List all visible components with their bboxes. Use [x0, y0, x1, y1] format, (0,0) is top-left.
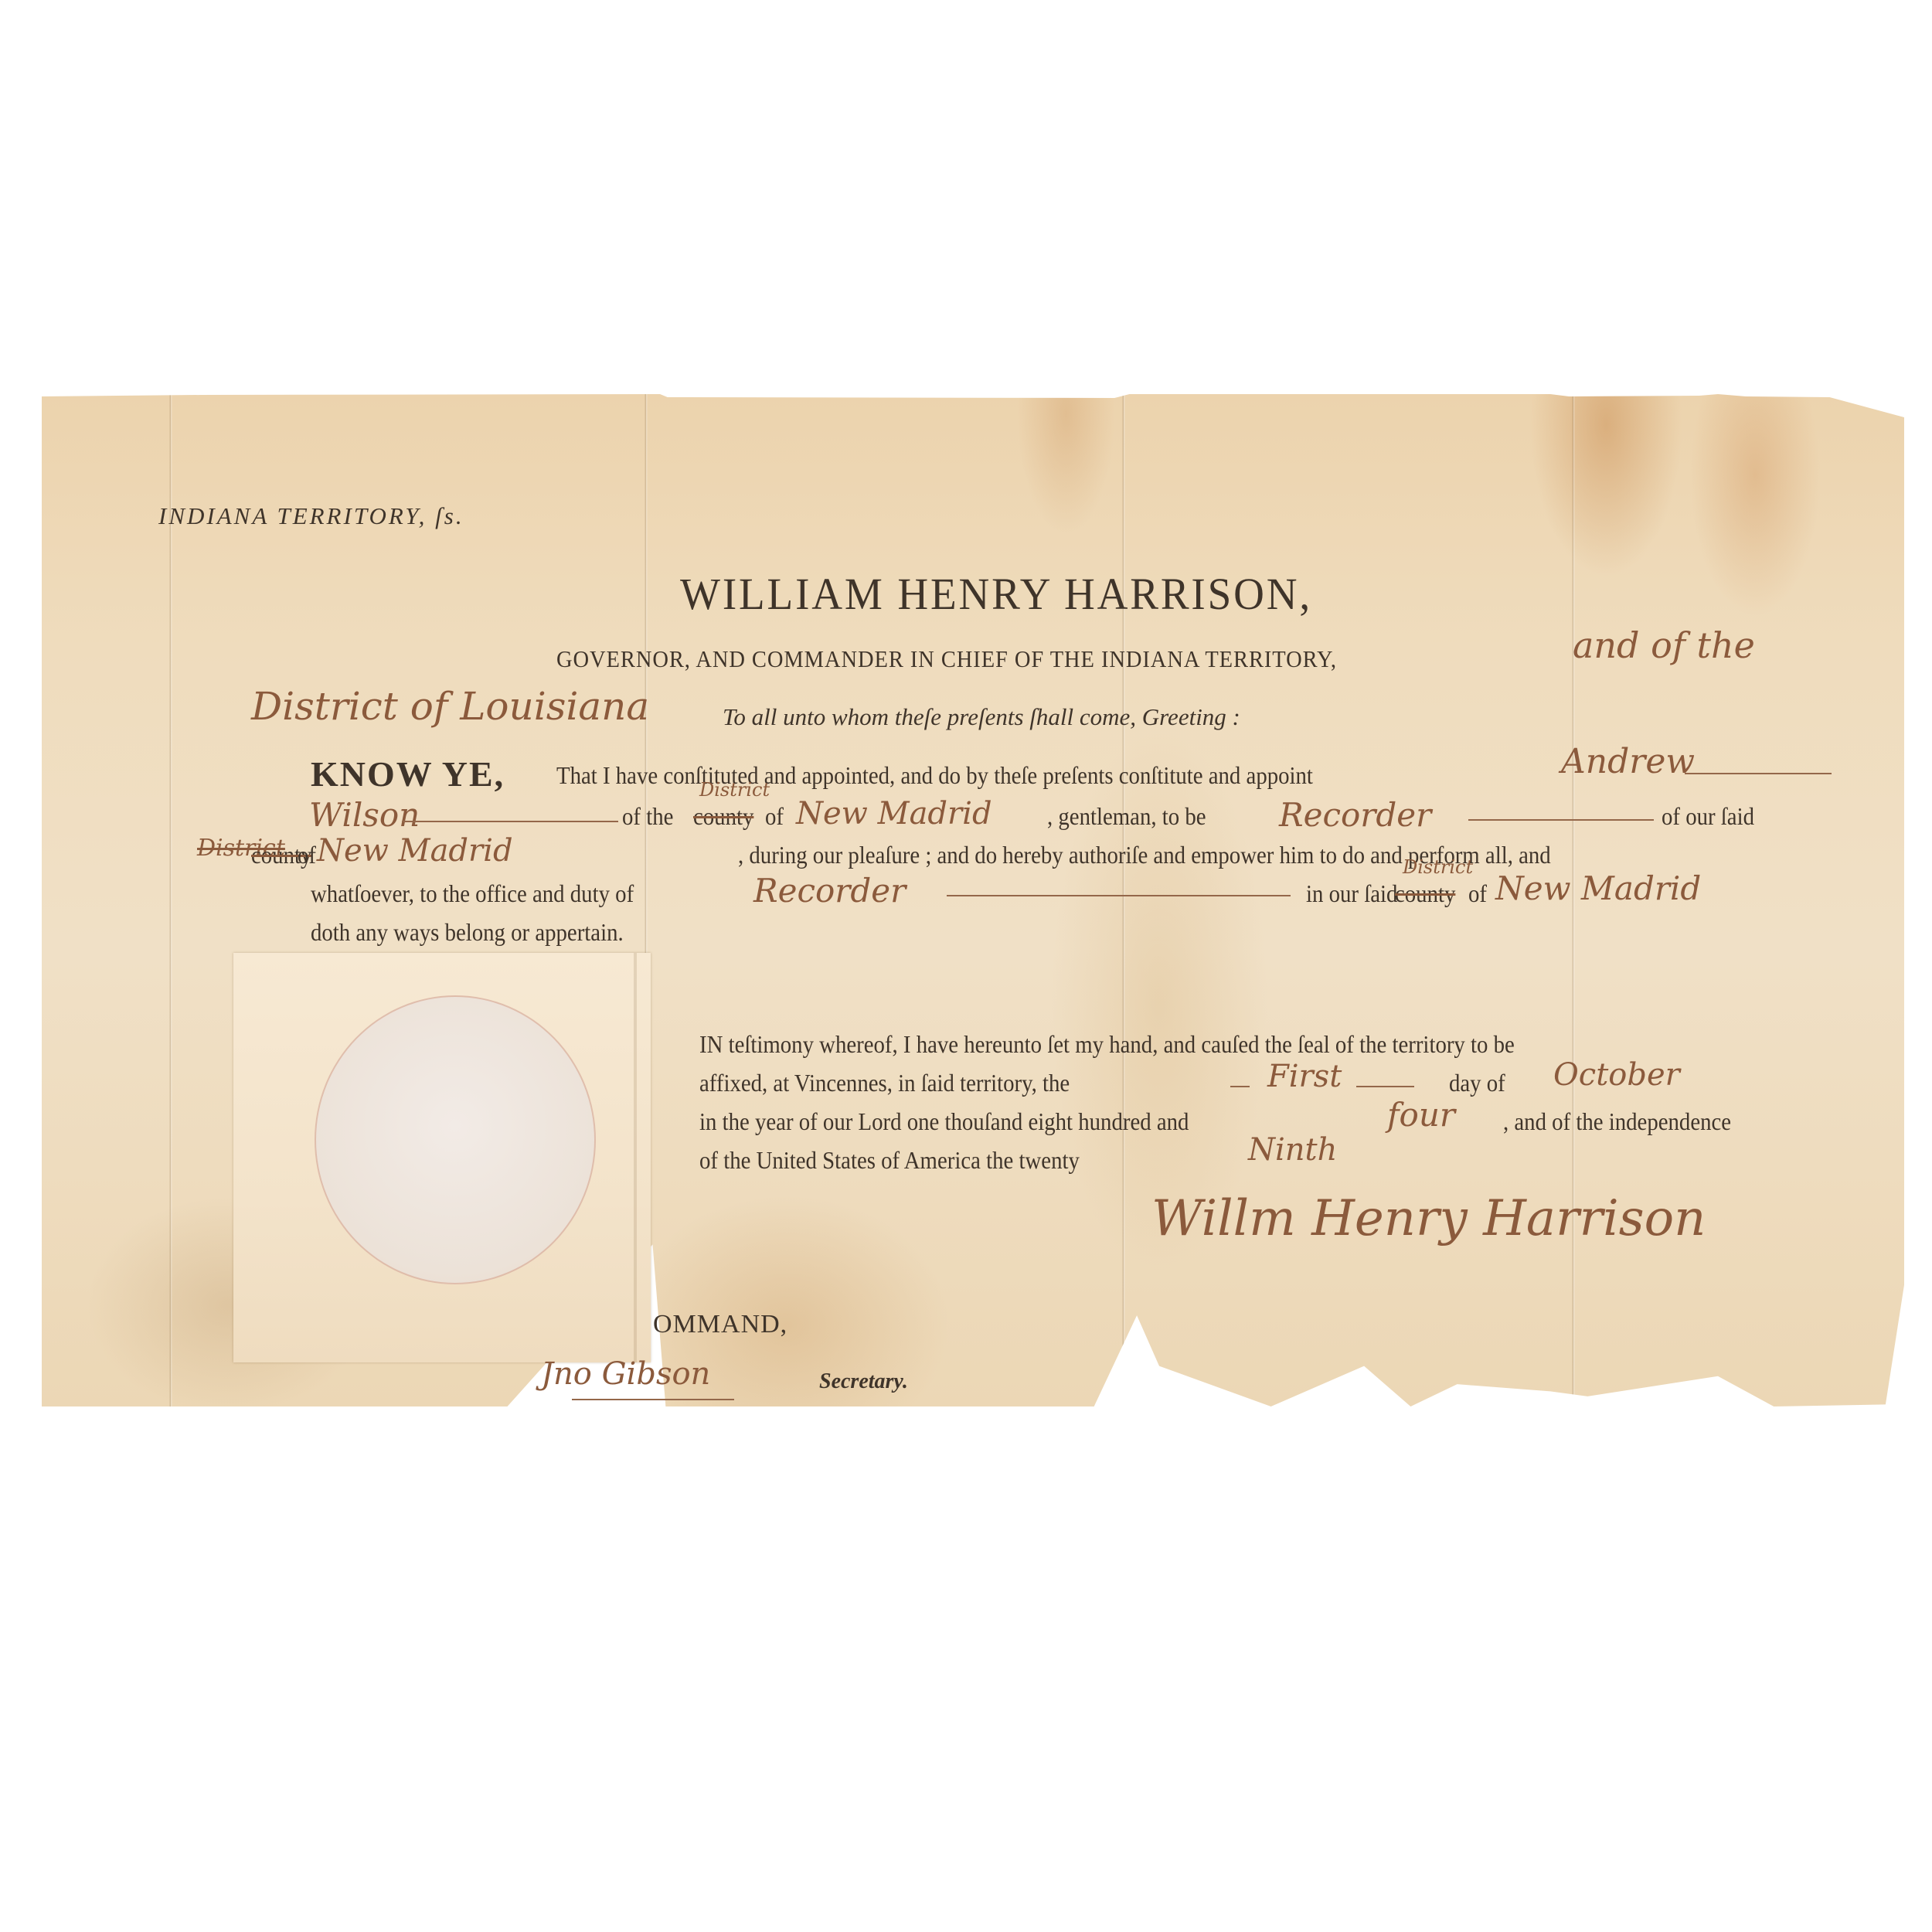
signature-flourish — [572, 1399, 734, 1400]
fill-rule — [1468, 819, 1654, 821]
inserted-district: District — [699, 779, 770, 801]
testimony-line-1: IN teſtimony whereof, I have hereunto ſe… — [699, 1030, 1515, 1059]
testimony-line-4: of the United States of America the twen… — [699, 1146, 1080, 1175]
of-text: of — [298, 841, 316, 869]
handwritten-addition: and of the — [1573, 624, 1755, 666]
fill-rule — [1230, 1086, 1250, 1087]
appointee-last-name: Wilson — [309, 796, 420, 834]
fill-rule — [402, 821, 618, 822]
issuer-title: GOVERNOR, AND COMMANDER IN CHIEF OF THE … — [556, 645, 1337, 673]
fold-line — [169, 394, 172, 1406]
struck-county: county — [1395, 879, 1455, 908]
fill-rule — [947, 895, 1291, 896]
place-name: New Madrid — [1495, 869, 1701, 907]
office-title: Recorder — [1279, 796, 1431, 834]
command-label: OMMAND, — [653, 1310, 787, 1339]
place-name: New Madrid — [317, 833, 513, 869]
know-ye-heading: KNOW YE, — [311, 753, 505, 794]
place-name: New Madrid — [796, 796, 992, 832]
greeting: To all unto whom theſe preſents ſhall co… — [723, 703, 1240, 731]
day-value: First — [1267, 1059, 1342, 1094]
seal-edge — [634, 953, 637, 1362]
testimony-line-3: in the year of our Lord one thouſand eig… — [699, 1107, 1189, 1136]
year-value: four — [1387, 1096, 1455, 1134]
embossed-seal-disc — [315, 995, 596, 1284]
of-text: of — [765, 802, 784, 831]
office-title: Recorder — [753, 872, 906, 910]
body-line-1: That I have conſtituted and appointed, a… — [556, 761, 1313, 790]
secretary-label: Secretary. — [819, 1369, 908, 1394]
independence-year-value: Ninth — [1248, 1132, 1337, 1168]
inserted-district: District — [1403, 856, 1473, 878]
body-line-4: whatſoever, to the office and duty of — [311, 879, 634, 908]
handwritten-district: District of Louisiana — [251, 684, 649, 729]
territory-label: INDIANA TERRITORY, ſs. — [158, 502, 464, 530]
body-line-5: doth any ways belong or appertain. — [311, 918, 624, 947]
of-text: of — [1468, 879, 1487, 908]
appointee-first-name: Andrew — [1561, 742, 1695, 781]
struck-county: county — [693, 802, 753, 831]
day-of-text: day of — [1449, 1069, 1505, 1097]
testimony-line-3-end: , and of the independence — [1503, 1107, 1731, 1136]
fold-line — [1122, 394, 1125, 1406]
secretary-signature: Jno Gibson — [541, 1356, 710, 1392]
testimony-line-2: affixed, at Vincennes, in ſaid territory… — [699, 1069, 1070, 1097]
governor-signature: Willm Henry Harrison — [1151, 1190, 1706, 1247]
fill-rule — [1685, 773, 1832, 774]
issuer-name: WILLIAM HENRY HARRISON, — [680, 568, 1312, 620]
of-the-text: of the — [622, 802, 673, 831]
month-value: October — [1553, 1057, 1680, 1093]
in-our-said-text: in our ſaid — [1306, 879, 1397, 908]
of-our-said-text: of our ſaid — [1662, 802, 1754, 831]
fill-rule — [1356, 1086, 1414, 1087]
gentleman-text: , gentleman, to be — [1047, 802, 1206, 831]
paper-seal — [233, 953, 651, 1362]
